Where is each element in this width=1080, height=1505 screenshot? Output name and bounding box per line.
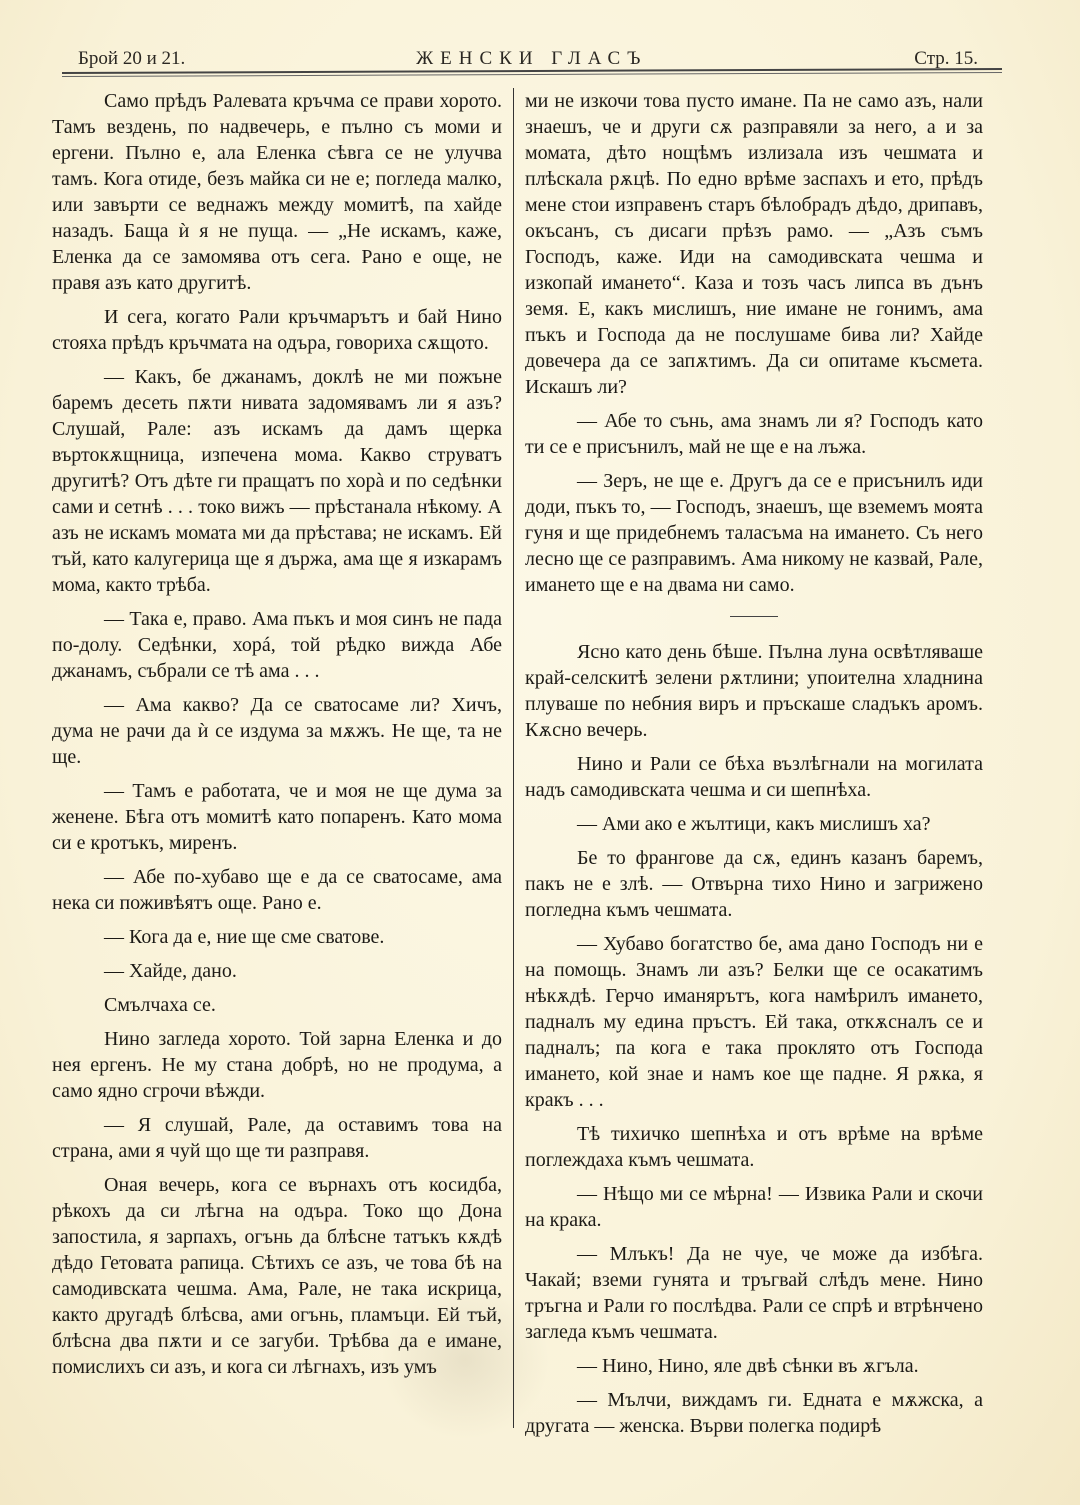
paragraph: И сега, когато Рали кръчмарътъ и бай Нин… xyxy=(52,304,502,356)
dialogue-paragraph: — Хайде, дано. xyxy=(52,958,502,984)
dialogue-paragraph: — Нино, Нино, яле двѣ сѣнки въ ѫгъла. xyxy=(525,1353,983,1379)
paragraph: Само прѣдъ Ралевата кръчма се прави хоро… xyxy=(52,88,502,296)
page-header: Брой 20 и 21. ЖЕНСКИ ГЛАСЪ Стр. 15. xyxy=(78,40,978,70)
paragraph: Смълчаха се. xyxy=(52,992,502,1018)
section-divider xyxy=(730,616,778,617)
dialogue-paragraph: — Абе то сънь, ама знамъ ли я? Господъ к… xyxy=(525,408,983,460)
paragraph: Ясно като день бѣше. Пълна луна освѣтляв… xyxy=(525,639,983,743)
dialogue-paragraph: — Абе по-хубаво ще е да се сватосаме, ам… xyxy=(52,864,502,916)
right-column: ми не изкочи това пусто имане. Па не сам… xyxy=(525,88,983,1447)
dialogue-paragraph: — Така е, право. Ама пъкъ и моя синъ не … xyxy=(52,606,502,684)
dialogue-paragraph: — Ами ако е жълтици, какъ мислишъ ха? xyxy=(525,811,983,837)
dialogue-paragraph: — Какъ, бе джанамъ, доклѣ не ми пожъне б… xyxy=(52,364,502,598)
paragraph: Оная вечерь, кога се върнахъ отъ косидба… xyxy=(52,1172,502,1380)
column-separator xyxy=(513,88,514,1428)
left-column: Само прѣдъ Ралевата кръчма се прави хоро… xyxy=(52,88,502,1388)
paragraph: Нино и Рали се бѣха възлѣгнали на могила… xyxy=(525,751,983,803)
issue-number: Брой 20 и 21. xyxy=(78,48,185,70)
dialogue-paragraph: — Тамъ е работата, че и моя не ще дума з… xyxy=(52,778,502,856)
page-number: Стр. 15. xyxy=(914,48,978,70)
paragraph: Бе то франгове да сѫ, единъ казанъ барем… xyxy=(525,845,983,923)
dialogue-paragraph: — Хубаво богатство бе, ама дано Господъ … xyxy=(525,931,983,1113)
dialogue-paragraph: — Ама какво? Да се сватосаме ли? Хичъ, д… xyxy=(52,692,502,770)
paragraph: Тѣ тихичко шепнѣха и отъ врѣме на врѣме … xyxy=(525,1121,983,1173)
dialogue-paragraph: — Я слушай, Рале, да оставимъ това на ст… xyxy=(52,1112,502,1164)
dialogue-paragraph: — Кога да е, ние ще сме сватове. xyxy=(52,924,502,950)
dialogue-paragraph: — Нѣщо ми се мѣрна! — Извика Рали и скоч… xyxy=(525,1181,983,1233)
dialogue-paragraph: — Млъкъ! Да не чуе, че може да избѣга. Ч… xyxy=(525,1241,983,1345)
dialogue-paragraph: — Мълчи, виждамъ ги. Едната е мѫжска, а … xyxy=(525,1387,983,1439)
newspaper-page: Брой 20 и 21. ЖЕНСКИ ГЛАСЪ Стр. 15. Само… xyxy=(0,0,1080,1505)
dialogue-paragraph: — Зеръ, не ще е. Другъ да се е присънилъ… xyxy=(525,468,983,598)
paragraph-continued: ми не изкочи това пусто имане. Па не сам… xyxy=(525,88,983,400)
paragraph: Нино загледа хорото. Той зарна Еленка и … xyxy=(52,1026,502,1104)
publication-title: ЖЕНСКИ ГЛАСЪ xyxy=(416,48,647,70)
